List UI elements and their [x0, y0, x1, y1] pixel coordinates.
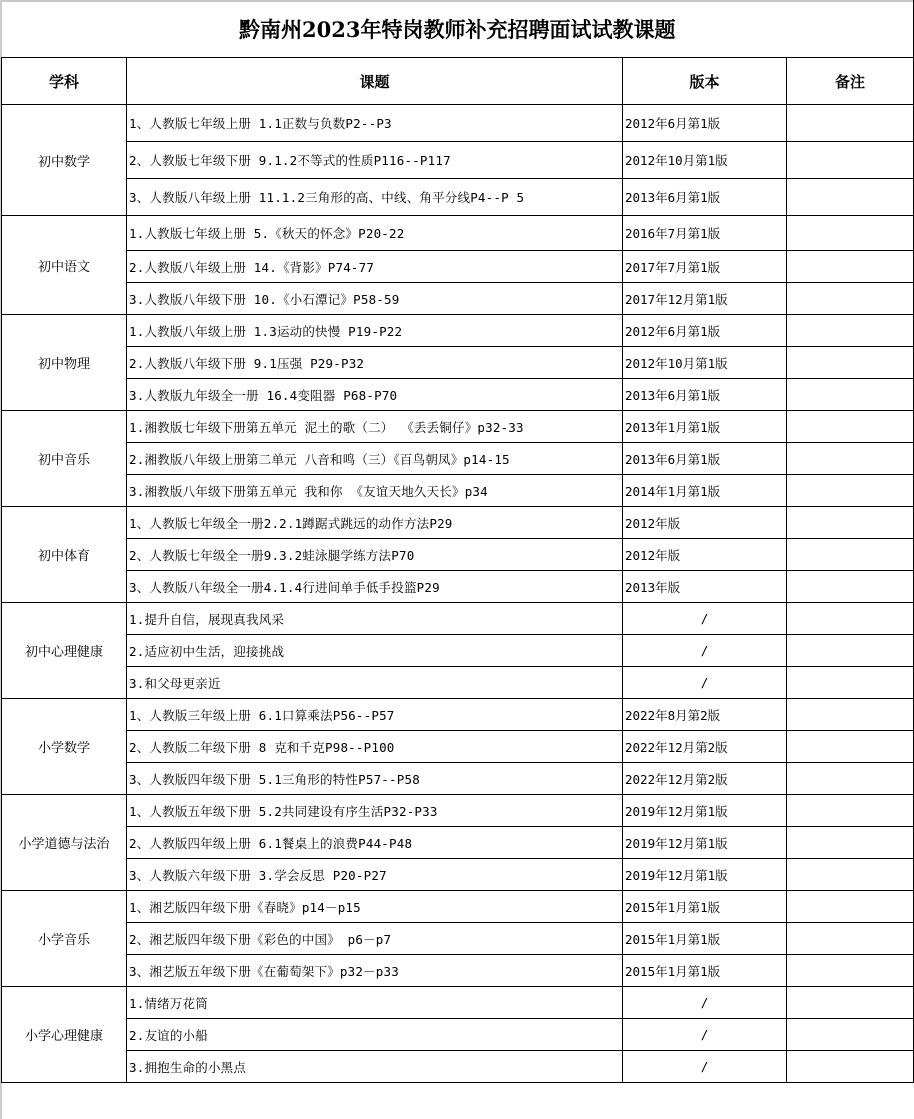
remarks-cell[interactable] [787, 1051, 914, 1083]
remarks-cell[interactable] [787, 179, 914, 216]
topic-cell[interactable]: 3.拥抱生命的小黑点 [127, 1051, 623, 1083]
table-row: 2、人教版四年级上册 6.1餐桌上的浪费P44-P48 2019年12月第1版 [2, 827, 914, 859]
edition-cell[interactable]: 2012年版 [623, 507, 787, 539]
table-row: 初中物理 1.人教版八年级上册 1.3运动的快慢 P19-P22 2012年6月… [2, 315, 914, 347]
table-title[interactable]: 黔南州2023年特岗教师补充招聘面试试教课题 [2, 0, 914, 58]
edition-cell[interactable]: / [623, 1051, 787, 1083]
remarks-cell[interactable] [787, 443, 914, 475]
header-row: 学科 课题 版本 备注 [2, 58, 914, 105]
remarks-cell[interactable] [787, 315, 914, 347]
topic-cell[interactable]: 2.人教版八年级下册 9.1压强 P29-P32 [127, 347, 623, 379]
topic-cell[interactable]: 1.湘教版七年级下册第五单元 泥土的歌（二） 《丢丢铜仔》p32-33 [127, 411, 623, 443]
table-row: 3.人教版八年级下册 10.《小石潭记》P58-59 2017年12月第1版 [2, 283, 914, 315]
subject-cell[interactable]: 初中音乐 [2, 411, 127, 507]
table-row: 小学心理健康 1.情绪万花筒 / [2, 987, 914, 1019]
edition-cell[interactable]: 2022年12月第2版 [623, 731, 787, 763]
remarks-cell[interactable] [787, 635, 914, 667]
topic-cell[interactable]: 3.和父母更亲近 [127, 667, 623, 699]
topic-cell[interactable]: 2.人教版八年级上册 14.《背影》P74-77 [127, 251, 623, 283]
subject-cell[interactable]: 小学道德与法治 [2, 795, 127, 891]
table-row: 小学数学 1、人教版三年级上册 6.1口算乘法P56--P57 2022年8月第… [2, 699, 914, 731]
topic-cell[interactable]: 3.人教版八年级下册 10.《小石潭记》P58-59 [127, 283, 623, 315]
remarks-cell[interactable] [787, 987, 914, 1019]
edition-cell[interactable]: 2012年10月第1版 [623, 347, 787, 379]
topic-cell[interactable]: 2、湘艺版四年级下册《彩色的中国》 p6－p7 [127, 923, 623, 955]
edition-cell[interactable]: 2012年10月第1版 [623, 142, 787, 179]
header-topic[interactable]: 课题 [127, 58, 623, 105]
topic-cell[interactable]: 1.人教版七年级上册 5.《秋天的怀念》P20-22 [127, 216, 623, 251]
table-row: 3.人教版九年级全一册 16.4变阻器 P68-P70 2013年6月第1版 [2, 379, 914, 411]
remarks-cell[interactable] [787, 891, 914, 923]
table-row: 2、人教版七年级全一册9.3.2蛙泳腿学练方法P70 2012年版 [2, 539, 914, 571]
table-row: 3、湘艺版五年级下册《在葡萄架下》p32－p33 2015年1月第1版 [2, 955, 914, 987]
table-row: 初中音乐 1.湘教版七年级下册第五单元 泥土的歌（二） 《丢丢铜仔》p32-33… [2, 411, 914, 443]
table-row: 2.人教版八年级上册 14.《背影》P74-77 2017年7月第1版 [2, 251, 914, 283]
topic-cell[interactable]: 1、人教版三年级上册 6.1口算乘法P56--P57 [127, 699, 623, 731]
topic-cell[interactable]: 3、人教版八年级上册 11.1.2三角形的高、中线、角平分线P4--P 5 [127, 179, 623, 216]
edition-cell[interactable]: / [623, 1019, 787, 1051]
table-row: 初中心理健康 1.提升自信，展现真我风采 / [2, 603, 914, 635]
table-row: 小学音乐 1、湘艺版四年级下册《春晓》p14－p15 2015年1月第1版 [2, 891, 914, 923]
remarks-cell[interactable] [787, 216, 914, 251]
topic-cell[interactable]: 2、人教版四年级上册 6.1餐桌上的浪费P44-P48 [127, 827, 623, 859]
subject-cell[interactable]: 初中物理 [2, 315, 127, 411]
remarks-cell[interactable] [787, 411, 914, 443]
topic-cell[interactable]: 2.适应初中生活，迎接挑战 [127, 635, 623, 667]
edition-cell[interactable]: 2015年1月第1版 [623, 923, 787, 955]
subject-cell[interactable]: 初中语文 [2, 216, 127, 315]
edition-cell[interactable]: 2012年6月第1版 [623, 105, 787, 142]
topic-cell[interactable]: 3.湘教版八年级下册第五单元 我和你 《友谊天地久天长》p34 [127, 475, 623, 507]
topic-cell[interactable]: 1、人教版五年级下册 5.2共同建设有序生活P32-P33 [127, 795, 623, 827]
table-row: 3.拥抱生命的小黑点 / [2, 1051, 914, 1083]
edition-cell[interactable]: 2022年12月第2版 [623, 763, 787, 795]
remarks-cell[interactable] [787, 923, 914, 955]
table-row: 3、人教版四年级下册 5.1三角形的特性P57--P58 2022年12月第2版 [2, 763, 914, 795]
topic-cell[interactable]: 1、人教版七年级全一册2.2.1蹲踞式跳远的动作方法P29 [127, 507, 623, 539]
table-row: 3、人教版八年级全一册4.1.4行进间单手低手投篮P29 2013年版 [2, 571, 914, 603]
remarks-cell[interactable] [787, 571, 914, 603]
remarks-cell[interactable] [787, 1019, 914, 1051]
table-row: 初中数学 1、人教版七年级上册 1.1正数与负数P2--P3 2012年6月第1… [2, 105, 914, 142]
topic-cell[interactable]: 1.人教版八年级上册 1.3运动的快慢 P19-P22 [127, 315, 623, 347]
edition-cell[interactable]: 2012年6月第1版 [623, 315, 787, 347]
topic-cell[interactable]: 3、人教版四年级下册 5.1三角形的特性P57--P58 [127, 763, 623, 795]
edition-cell[interactable]: 2012年版 [623, 539, 787, 571]
remarks-cell[interactable] [787, 283, 914, 315]
topic-cell[interactable]: 2、人教版七年级全一册9.3.2蛙泳腿学练方法P70 [127, 539, 623, 571]
remarks-cell[interactable] [787, 795, 914, 827]
edition-cell[interactable]: / [623, 987, 787, 1019]
remarks-cell[interactable] [787, 251, 914, 283]
edition-cell[interactable]: / [623, 667, 787, 699]
table-row: 3.湘教版八年级下册第五单元 我和你 《友谊天地久天长》p34 2014年1月第… [2, 475, 914, 507]
edition-cell[interactable]: 2019年12月第1版 [623, 827, 787, 859]
table-row: 2、人教版二年级下册 8 克和千克P98--P100 2022年12月第2版 [2, 731, 914, 763]
table-row: 初中体育 1、人教版七年级全一册2.2.1蹲踞式跳远的动作方法P29 2012年… [2, 507, 914, 539]
remarks-cell[interactable] [787, 763, 914, 795]
edition-cell[interactable]: 2013年6月第1版 [623, 379, 787, 411]
remarks-cell[interactable] [787, 507, 914, 539]
table-row: 小学道德与法治 1、人教版五年级下册 5.2共同建设有序生活P32-P33 20… [2, 795, 914, 827]
remarks-cell[interactable] [787, 475, 914, 507]
topic-cell[interactable]: 1、湘艺版四年级下册《春晓》p14－p15 [127, 891, 623, 923]
header-subject[interactable]: 学科 [2, 58, 127, 105]
remarks-cell[interactable] [787, 539, 914, 571]
edition-cell[interactable]: / [623, 635, 787, 667]
table-row: 2.人教版八年级下册 9.1压强 P29-P32 2012年10月第1版 [2, 347, 914, 379]
topic-cell[interactable]: 3、湘艺版五年级下册《在葡萄架下》p32－p33 [127, 955, 623, 987]
subject-cell[interactable]: 小学数学 [2, 699, 127, 795]
edition-cell[interactable]: 2013年版 [623, 571, 787, 603]
edition-cell[interactable]: / [623, 603, 787, 635]
table-row: 2、人教版七年级下册 9.1.2不等式的性质P116--P117 2012年10… [2, 142, 914, 179]
subject-cell[interactable]: 小学心理健康 [2, 987, 127, 1083]
topic-cell[interactable]: 2.友谊的小船 [127, 1019, 623, 1051]
remarks-cell[interactable] [787, 667, 914, 699]
subject-cell[interactable]: 小学音乐 [2, 891, 127, 987]
edition-cell[interactable]: 2016年7月第1版 [623, 216, 787, 251]
edition-cell[interactable]: 2013年6月第1版 [623, 179, 787, 216]
table-row: 2、湘艺版四年级下册《彩色的中国》 p6－p7 2015年1月第1版 [2, 923, 914, 955]
table-row: 2.湘教版八年级上册第二单元 八音和鸣（三）《百鸟朝凤》p14-15 2013年… [2, 443, 914, 475]
remarks-cell[interactable] [787, 827, 914, 859]
subject-cell[interactable]: 初中体育 [2, 507, 127, 603]
table-row: 2.友谊的小船 / [2, 1019, 914, 1051]
topic-cell[interactable]: 2、人教版二年级下册 8 克和千克P98--P100 [127, 731, 623, 763]
header-edition[interactable]: 版本 [623, 58, 787, 105]
table-row: 3、人教版八年级上册 11.1.2三角形的高、中线、角平分线P4--P 5 20… [2, 179, 914, 216]
edition-cell[interactable]: 2022年8月第2版 [623, 699, 787, 731]
edition-cell[interactable]: 2015年1月第1版 [623, 955, 787, 987]
topic-cell[interactable]: 1.情绪万花筒 [127, 987, 623, 1019]
table-row: 3、人教版六年级下册 3.学会反思 P20-P27 2019年12月第1版 [2, 859, 914, 891]
edition-cell[interactable]: 2014年1月第1版 [623, 475, 787, 507]
remarks-cell[interactable] [787, 105, 914, 142]
edition-cell[interactable]: 2013年1月第1版 [623, 411, 787, 443]
subject-cell[interactable]: 初中心理健康 [2, 603, 127, 699]
title-row: 黔南州2023年特岗教师补充招聘面试试教课题 [2, 0, 914, 58]
edition-cell[interactable]: 2019年12月第1版 [623, 859, 787, 891]
table-row: 初中语文 1.人教版七年级上册 5.《秋天的怀念》P20-22 2016年7月第… [2, 216, 914, 251]
remarks-cell[interactable] [787, 603, 914, 635]
topic-cell[interactable]: 1、人教版七年级上册 1.1正数与负数P2--P3 [127, 105, 623, 142]
remarks-cell[interactable] [787, 379, 914, 411]
topic-cell[interactable]: 1.提升自信，展现真我风采 [127, 603, 623, 635]
remarks-cell[interactable] [787, 699, 914, 731]
edition-cell[interactable]: 2015年1月第1版 [623, 891, 787, 923]
edition-cell[interactable]: 2013年6月第1版 [623, 443, 787, 475]
topic-cell[interactable]: 2.湘教版八年级上册第二单元 八音和鸣（三）《百鸟朝凤》p14-15 [127, 443, 623, 475]
topic-cell[interactable]: 2、人教版七年级下册 9.1.2不等式的性质P116--P117 [127, 142, 623, 179]
subject-cell[interactable]: 初中数学 [2, 105, 127, 216]
remarks-cell[interactable] [787, 731, 914, 763]
interview-topics-table: 黔南州2023年特岗教师补充招聘面试试教课题 学科 课题 版本 备注 初中数学 … [1, 0, 914, 1083]
topic-cell[interactable]: 3、人教版八年级全一册4.1.4行进间单手低手投篮P29 [127, 571, 623, 603]
table-row: 2.适应初中生活，迎接挑战 / [2, 635, 914, 667]
spreadsheet: 黔南州2023年特岗教师补充招聘面试试教课题 学科 课题 版本 备注 初中数学 … [1, 0, 913, 1083]
header-remarks[interactable]: 备注 [787, 58, 914, 105]
edition-cell[interactable]: 2019年12月第1版 [623, 795, 787, 827]
topic-cell[interactable]: 3.人教版九年级全一册 16.4变阻器 P68-P70 [127, 379, 623, 411]
edition-cell[interactable]: 2017年7月第1版 [623, 251, 787, 283]
remarks-cell[interactable] [787, 142, 914, 179]
topic-cell[interactable]: 3、人教版六年级下册 3.学会反思 P20-P27 [127, 859, 623, 891]
remarks-cell[interactable] [787, 955, 914, 987]
edition-cell[interactable]: 2017年12月第1版 [623, 283, 787, 315]
remarks-cell[interactable] [787, 859, 914, 891]
table-row: 3.和父母更亲近 / [2, 667, 914, 699]
remarks-cell[interactable] [787, 347, 914, 379]
